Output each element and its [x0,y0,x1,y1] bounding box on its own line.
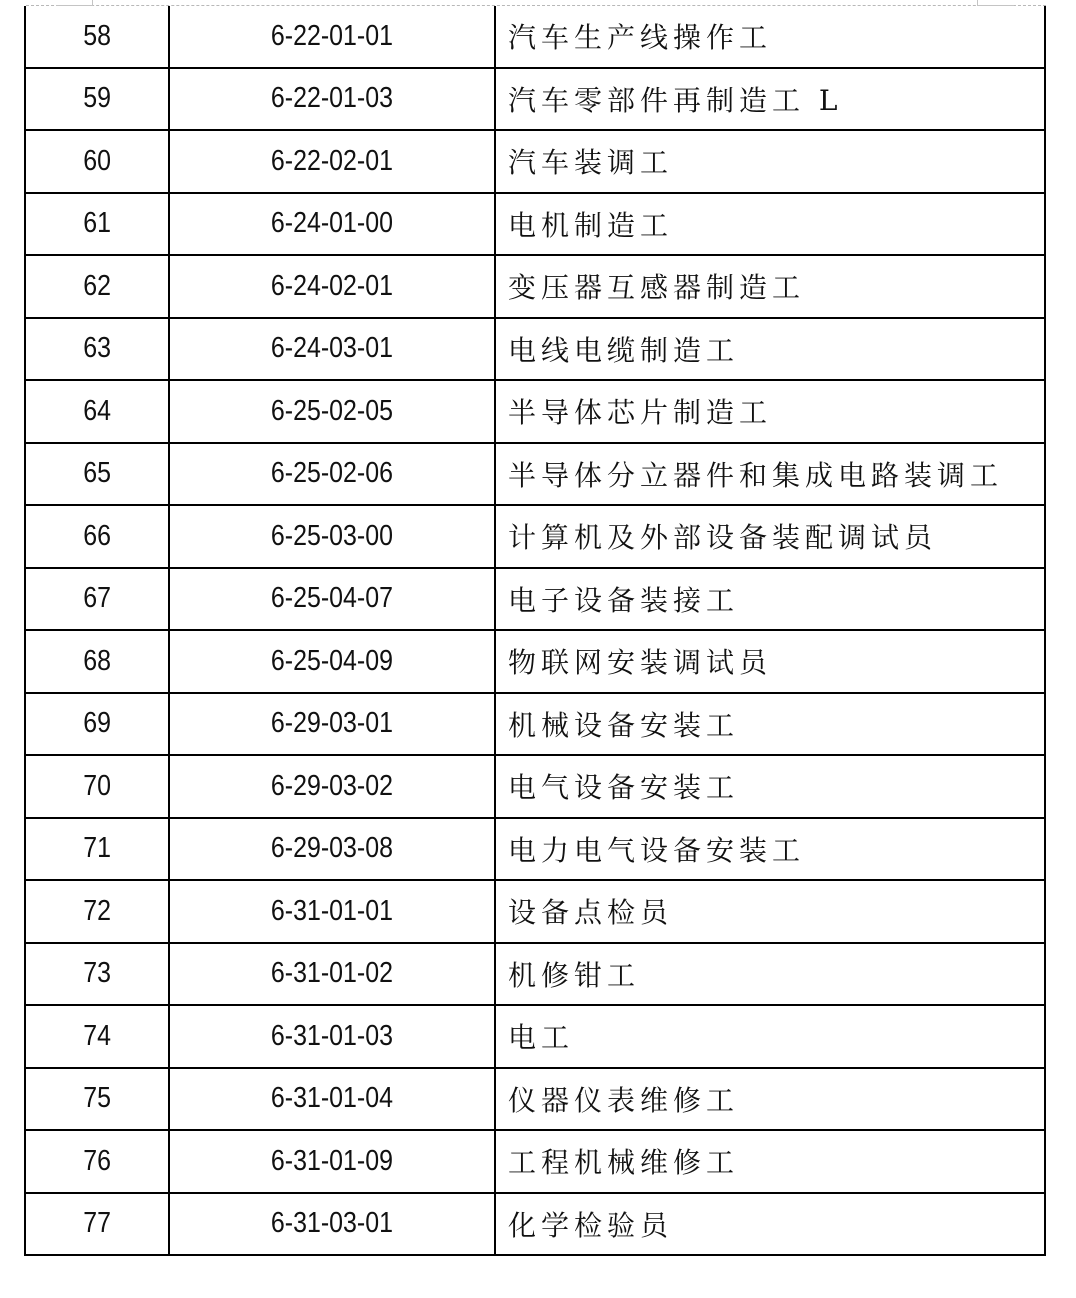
serial-number-cell: 68 [25,630,169,693]
table-row: 66 6-25-03-00 计算机及外部设备装配调试员 [25,505,1045,568]
occupation-code-cell: 6-25-02-05 [169,380,495,443]
serial-number-cell: 62 [25,255,169,318]
occupation-code-cell: 6-31-01-03 [169,1005,495,1068]
occupation-name-cell: 电子设备装接工 [495,568,1045,631]
table-row: 63 6-24-03-01 电线电缆制造工 [25,318,1045,381]
serial-number-cell: 74 [25,1005,169,1068]
table-row: 60 6-22-02-01 汽车装调工 [25,130,1045,193]
serial-number-cell: 59 [25,68,169,131]
serial-number-cell: 76 [25,1130,169,1193]
occupation-name-cell: 电力电气设备安装工 [495,818,1045,881]
occupation-code-cell: 6-24-02-01 [169,255,495,318]
occupation-name-cell: 机修钳工 [495,943,1045,1006]
table-row: 64 6-25-02-05 半导体芯片制造工 [25,380,1045,443]
occupation-code-cell: 6-25-04-09 [169,630,495,693]
table-row: 77 6-31-03-01 化学检验员 [25,1193,1045,1256]
serial-number-cell: 71 [25,818,169,881]
occupation-name-cell: 汽车生产线操作工 [495,6,1045,68]
serial-number-cell: 77 [25,1193,169,1256]
occupation-name-cell: 半导体分立器件和集成电路装调工 [495,443,1045,506]
occupation-code-cell: 6-31-01-01 [169,880,495,943]
serial-number-cell: 65 [25,443,169,506]
serial-number-cell: 60 [25,130,169,193]
occupation-code-cell: 6-25-04-07 [169,568,495,631]
serial-number-cell: 66 [25,505,169,568]
occupation-name-cell: 半导体芯片制造工 [495,380,1045,443]
table-row: 74 6-31-01-03 电工 [25,1005,1045,1068]
occupation-name-cell: 计算机及外部设备装配调试员 [495,505,1045,568]
occupation-code-cell: 6-25-03-00 [169,505,495,568]
serial-number-cell: 72 [25,880,169,943]
serial-number-cell: 61 [25,193,169,256]
table-row: 69 6-29-03-01 机械设备安装工 [25,693,1045,756]
serial-number-cell: 58 [25,6,169,68]
serial-number-cell: 75 [25,1068,169,1131]
occupation-name-cell: 变压器互感器制造工 [495,255,1045,318]
table-row: 72 6-31-01-01 设备点检员 [25,880,1045,943]
occupation-code-cell: 6-31-01-04 [169,1068,495,1131]
occupation-name-cell: 机械设备安装工 [495,693,1045,756]
serial-number-cell: 67 [25,568,169,631]
occupation-code-cell: 6-31-03-01 [169,1193,495,1256]
occupation-name-cell: 设备点检员 [495,880,1045,943]
table-row: 71 6-29-03-08 电力电气设备安装工 [25,818,1045,881]
occupation-code-cell: 6-29-03-08 [169,818,495,881]
serial-number-cell: 64 [25,380,169,443]
occupation-table: 58 6-22-01-01 汽车生产线操作工 59 6-22-01-03 汽车零… [24,6,1046,1256]
occupation-name-cell: 电工 [495,1005,1045,1068]
occupation-code-cell: 6-29-03-01 [169,693,495,756]
serial-number-cell: 73 [25,943,169,1006]
table-row: 61 6-24-01-00 电机制造工 [25,193,1045,256]
table-row: 75 6-31-01-04 仪器仪表维修工 [25,1068,1045,1131]
table-row: 68 6-25-04-09 物联网安装调试员 [25,630,1045,693]
table-row: 59 6-22-01-03 汽车零部件再制造工 L [25,68,1045,131]
table-row: 62 6-24-02-01 变压器互感器制造工 [25,255,1045,318]
occupation-code-cell: 6-25-02-06 [169,443,495,506]
table-row: 76 6-31-01-09 工程机械维修工 [25,1130,1045,1193]
table-row: 70 6-29-03-02 电气设备安装工 [25,755,1045,818]
table-row: 67 6-25-04-07 电子设备装接工 [25,568,1045,631]
serial-number-cell: 70 [25,755,169,818]
occupation-code-cell: 6-22-02-01 [169,130,495,193]
occupation-name-cell: 电机制造工 [495,193,1045,256]
occupation-name-cell: 工程机械维修工 [495,1130,1045,1193]
table-row: 65 6-25-02-06 半导体分立器件和集成电路装调工 [25,443,1045,506]
serial-number-cell: 63 [25,318,169,381]
occupation-code-cell: 6-24-01-00 [169,193,495,256]
serial-number-cell: 69 [25,693,169,756]
occupation-code-cell: 6-31-01-09 [169,1130,495,1193]
occupation-name-cell: 汽车零部件再制造工 L [495,68,1045,131]
table-row: 73 6-31-01-02 机修钳工 [25,943,1045,1006]
occupation-name-cell: 仪器仪表维修工 [495,1068,1045,1131]
occupation-code-cell: 6-22-01-03 [169,68,495,131]
occupation-name-cell: 汽车装调工 [495,130,1045,193]
occupation-name-cell: 物联网安装调试员 [495,630,1045,693]
occupation-code-cell: 6-31-01-02 [169,943,495,1006]
occupation-code-cell: 6-24-03-01 [169,318,495,381]
occupation-name-cell: 电气设备安装工 [495,755,1045,818]
occupation-name-cell: 化学检验员 [495,1193,1045,1256]
table-row: 58 6-22-01-01 汽车生产线操作工 [25,6,1045,68]
occupation-name-cell: 电线电缆制造工 [495,318,1045,381]
occupation-code-cell: 6-29-03-02 [169,755,495,818]
occupation-code-cell: 6-22-01-01 [169,6,495,68]
